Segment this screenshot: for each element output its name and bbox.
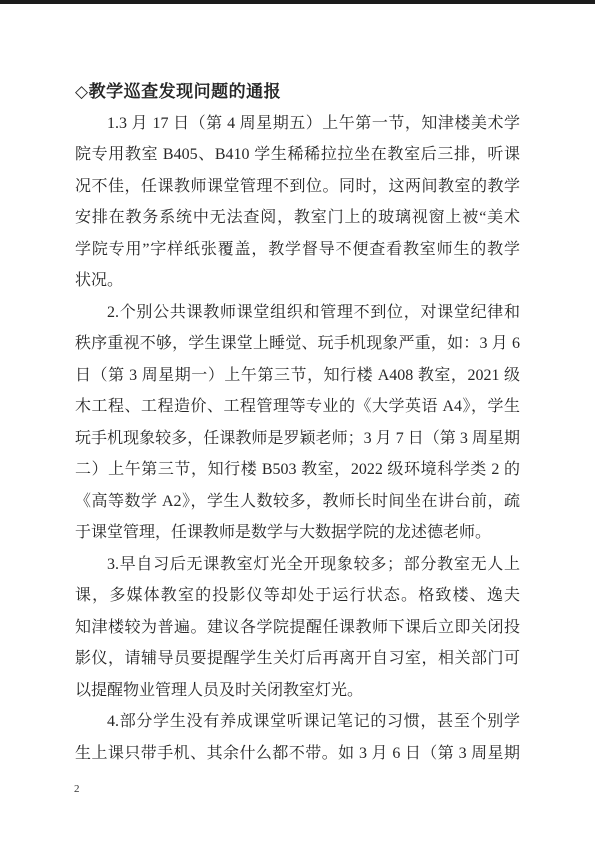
section-heading: ◇教学巡查发现问题的通报	[75, 76, 520, 108]
page-number: 2	[74, 781, 80, 797]
body-line: 影仪，请辅导员要提醒学生关灯后再离开自习室，相关部门可	[75, 643, 520, 675]
document-body: ◇教学巡查发现问题的通报 1.3 月 17 日（第 4 周星期五）上午第一节，知…	[75, 76, 520, 769]
body-line: 学院专用”字样纸张覆盖，教学督导不便查看教室师生的教学	[75, 234, 520, 266]
body-line: 日（第 3 周星期一）上午第三节，知行楼 A408 教室，2021 级土	[75, 360, 520, 392]
body-line: 玩手机现象较多，任课教师是罗颖老师；3 月 7 日（第 3 周星期	[75, 423, 520, 455]
body-line: 4.部分学生没有养成课堂听课记笔记的习惯，甚至个别学	[75, 706, 520, 738]
body-line: 2.个别公共课教师课堂组织和管理不到位，对课堂纪律和	[75, 297, 520, 329]
body-line: 课，多媒体教室的投影仪等却处于运行状态。格致楼、逸夫楼、	[75, 580, 520, 612]
body-line: 秩序重视不够，学生课堂上睡觉、玩手机现象严重，如：3 月 6	[75, 328, 520, 360]
body-line: 安排在教务系统中无法查阅，教室门上的玻璃视窗上被“美术	[75, 202, 520, 234]
body-line: 知津楼较为普遍。建议各学院提醒任课教师下课后立即关闭投	[75, 612, 520, 644]
body-line: 况不佳，任课教师课堂管理不到位。同时，这两间教室的教学	[75, 171, 520, 203]
body-line: 1.3 月 17 日（第 4 周星期五）上午第一节，知津楼美术学	[75, 108, 520, 140]
paragraph-lines: 1.3 月 17 日（第 4 周星期五）上午第一节，知津楼美术学院专用教室 B4…	[75, 108, 520, 770]
body-line: 木工程、工程造价、工程管理等专业的《大学英语 A4》，学生	[75, 391, 520, 423]
body-line: 院专用教室 B405、B410 学生稀稀拉拉坐在教室后三排，听课状	[75, 139, 520, 171]
page-top-edge	[0, 0, 595, 4]
body-line: 3.早自习后无课教室灯光全开现象较多；部分教室无人上	[75, 549, 520, 581]
body-line: 以提醒物业管理人员及时关闭教室灯光。	[75, 675, 520, 707]
body-line: 状况。	[75, 265, 520, 297]
body-line: 于课堂管理，任课教师是数学与大数据学院的龙述德老师。	[75, 517, 520, 549]
document-page: ◇教学巡查发现问题的通报 1.3 月 17 日（第 4 周星期五）上午第一节，知…	[0, 0, 595, 841]
body-line: 二）上午第三节，知行楼 B503 教室，2022 级环境科学类 2 的	[75, 454, 520, 486]
body-line: 《高等数学 A2》，学生人数较多，教师长时间坐在讲台前，疏	[75, 486, 520, 518]
body-line: 生上课只带手机、其余什么都不带。如 3 月 6 日（第 3 周星期	[75, 738, 520, 770]
